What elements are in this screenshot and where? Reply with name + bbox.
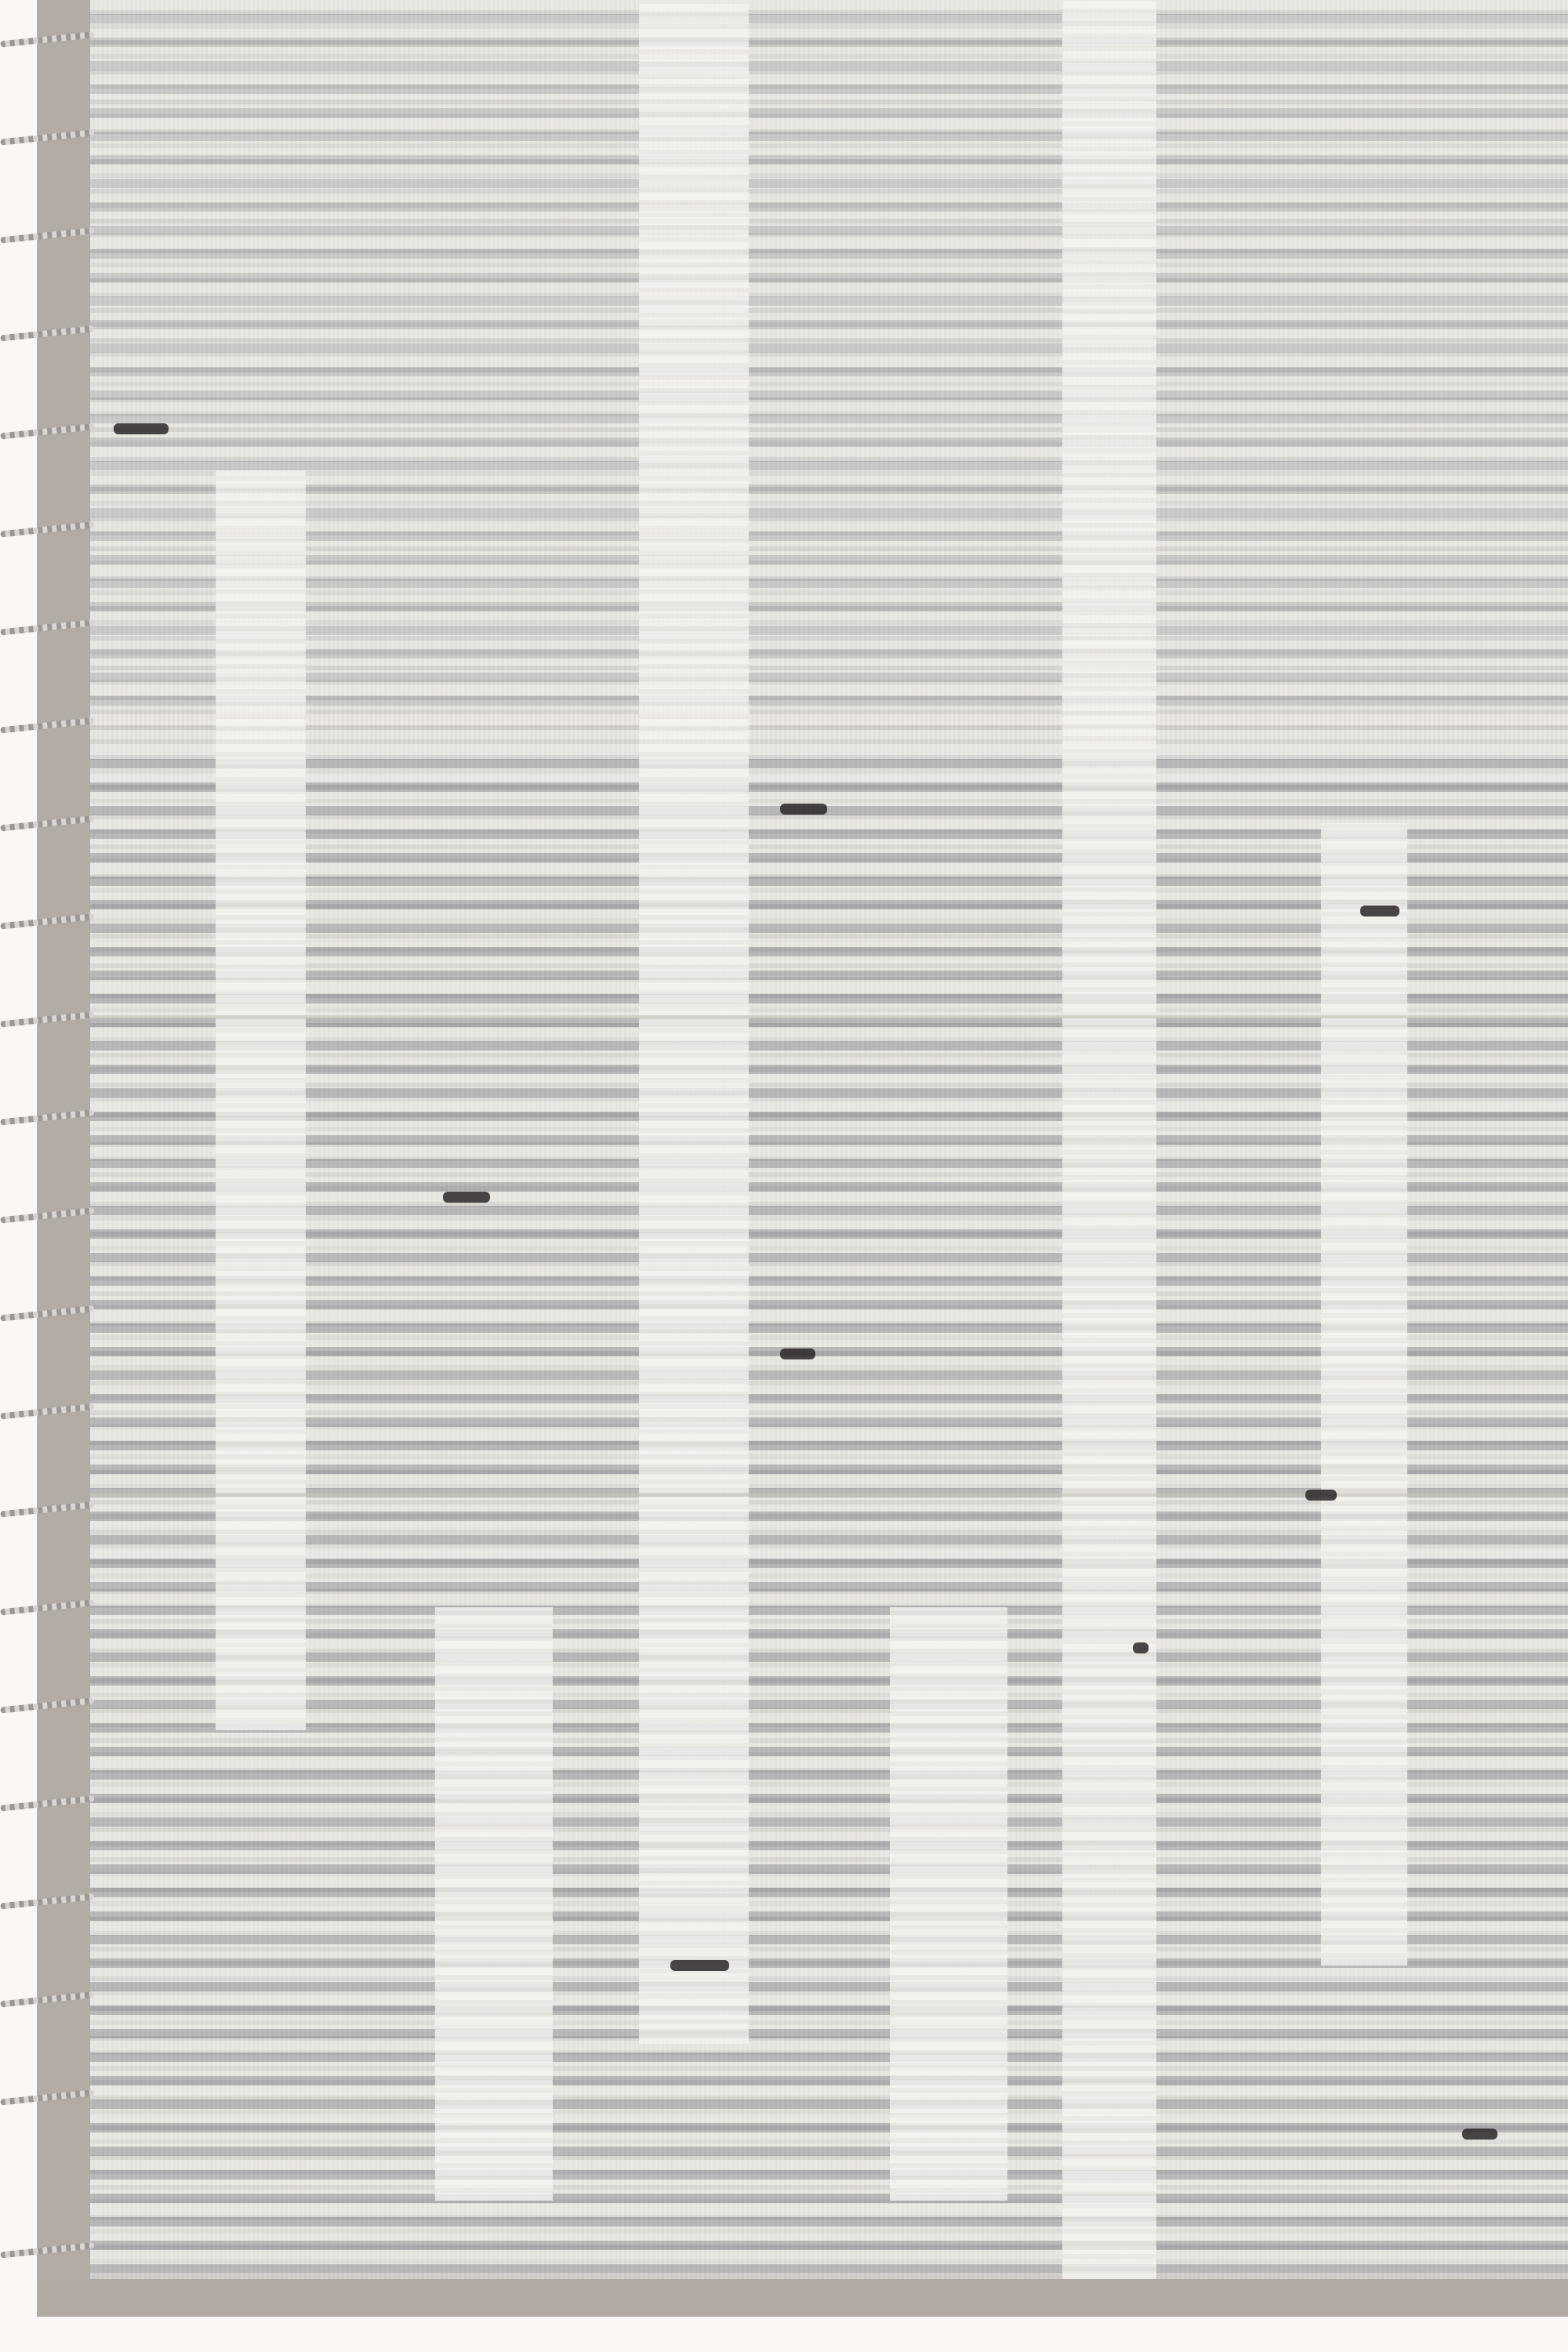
rug-field bbox=[90, 0, 1568, 2279]
dark-fleck bbox=[1305, 1490, 1337, 1501]
light-band-4 bbox=[1321, 823, 1407, 1965]
dark-fleck bbox=[670, 1960, 729, 1971]
seam-1 bbox=[90, 1015, 1568, 1018]
dark-fleck bbox=[114, 423, 169, 434]
rug-bottom-border bbox=[37, 2279, 1568, 2317]
dark-fleck bbox=[1462, 2129, 1497, 2140]
stripe-zone-upper bbox=[90, 0, 1568, 706]
light-band-6 bbox=[890, 1607, 1007, 2201]
dark-fleck bbox=[1133, 1642, 1149, 1653]
seam-2 bbox=[90, 1494, 1568, 1497]
dark-fleck bbox=[780, 1348, 815, 1359]
rug bbox=[37, 0, 1568, 2317]
light-band-2 bbox=[639, 0, 749, 2044]
light-band-5 bbox=[435, 1607, 553, 2201]
dark-fleck bbox=[443, 1192, 490, 1203]
light-band-3 bbox=[1062, 0, 1156, 2279]
dark-fleck bbox=[1360, 906, 1399, 916]
light-band-1 bbox=[216, 470, 306, 1730]
dark-fleck bbox=[780, 804, 827, 815]
